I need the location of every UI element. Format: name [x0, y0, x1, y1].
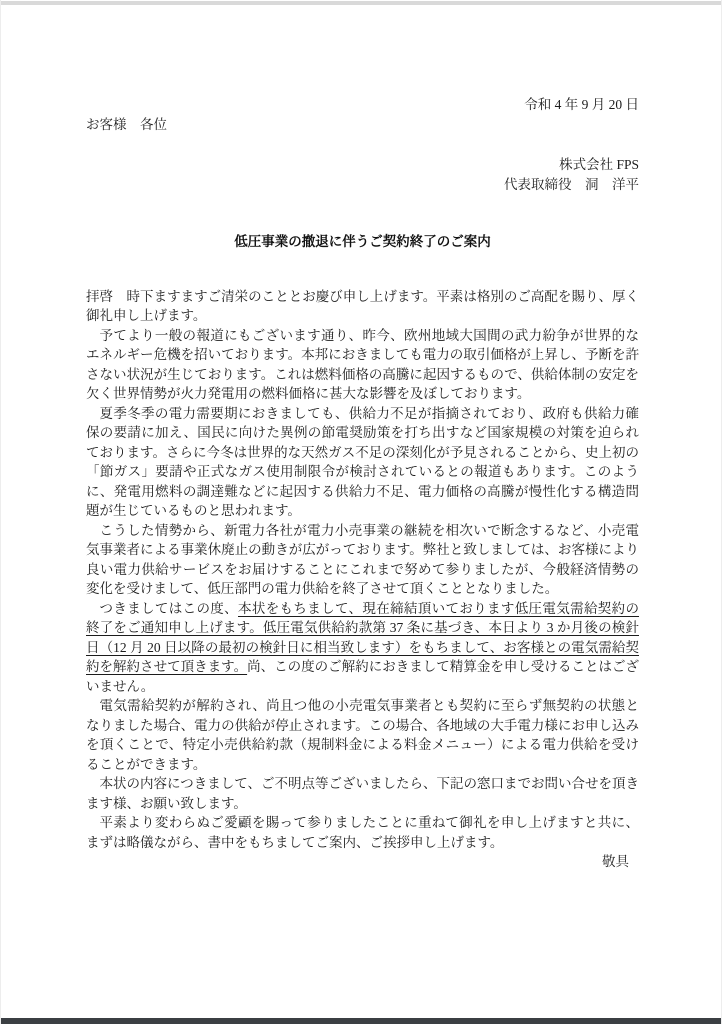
recipient-line: お客様 各位	[86, 115, 639, 135]
paragraph-greeting: 拝啓 時下ますますご清栄のこととお慶び申し上げます。平素は格別のご高配を賜り、厚…	[86, 287, 639, 326]
paragraph-industry-withdrawal: こうした情勢から、新電力各社が電力小売事業の継続を相次いで断念するなど、小売電気…	[86, 521, 639, 599]
letter-title: 低圧事業の撤退に伴うご契約終了のご案内	[86, 232, 639, 252]
bottom-edge-bar	[1, 1018, 721, 1024]
termination-lead-text: つきましてはこの度、	[100, 601, 239, 616]
letter-date: 令和 4 年 9 月 20 日	[86, 95, 639, 115]
paragraph-termination-notice: つきましてはこの度、本状をもちまして、現在締結頂いております低圧電気需給契約の終…	[86, 599, 639, 697]
letter-page: 令和 4 年 9 月 20 日 お客様 各位 株式会社 FPS 代表取締役 洞 …	[0, 0, 722, 1024]
sender-name: 代表取締役 洞 洋平	[86, 175, 639, 195]
sender-company: 株式会社 FPS	[86, 155, 639, 175]
paragraph-after-cancellation: 電気需給契約が解約され、尚且つ他の小売電気事業者とも契約に至らず無契約の状態とな…	[86, 696, 639, 774]
closing-keigu: 敬具	[86, 852, 639, 872]
paragraph-supply-shortage: 夏季冬季の電力需要期におきましても、供給力不足が指摘されており、政府も供給力確保…	[86, 404, 639, 521]
sender-block: 株式会社 FPS 代表取締役 洞 洋平	[86, 155, 639, 194]
paragraph-final-greeting: 平素より変わらぬご愛顧を賜って参りましたことに重ねて御礼を申し上げますと共に、ま…	[86, 813, 639, 852]
letter-document: 令和 4 年 9 月 20 日 お客様 各位 株式会社 FPS 代表取締役 洞 …	[1, 0, 721, 872]
top-edge-bar	[1, 1, 721, 5]
paragraph-contact-info: 本状の内容につきまして、ご不明点等ございましたら、下記の窓口までお問い合せを頂き…	[86, 774, 639, 813]
paragraph-energy-crisis: 予てより一般の報道にもございます通り、昨今、欧州地域大国間の武力紛争が世界的なエ…	[86, 326, 639, 404]
